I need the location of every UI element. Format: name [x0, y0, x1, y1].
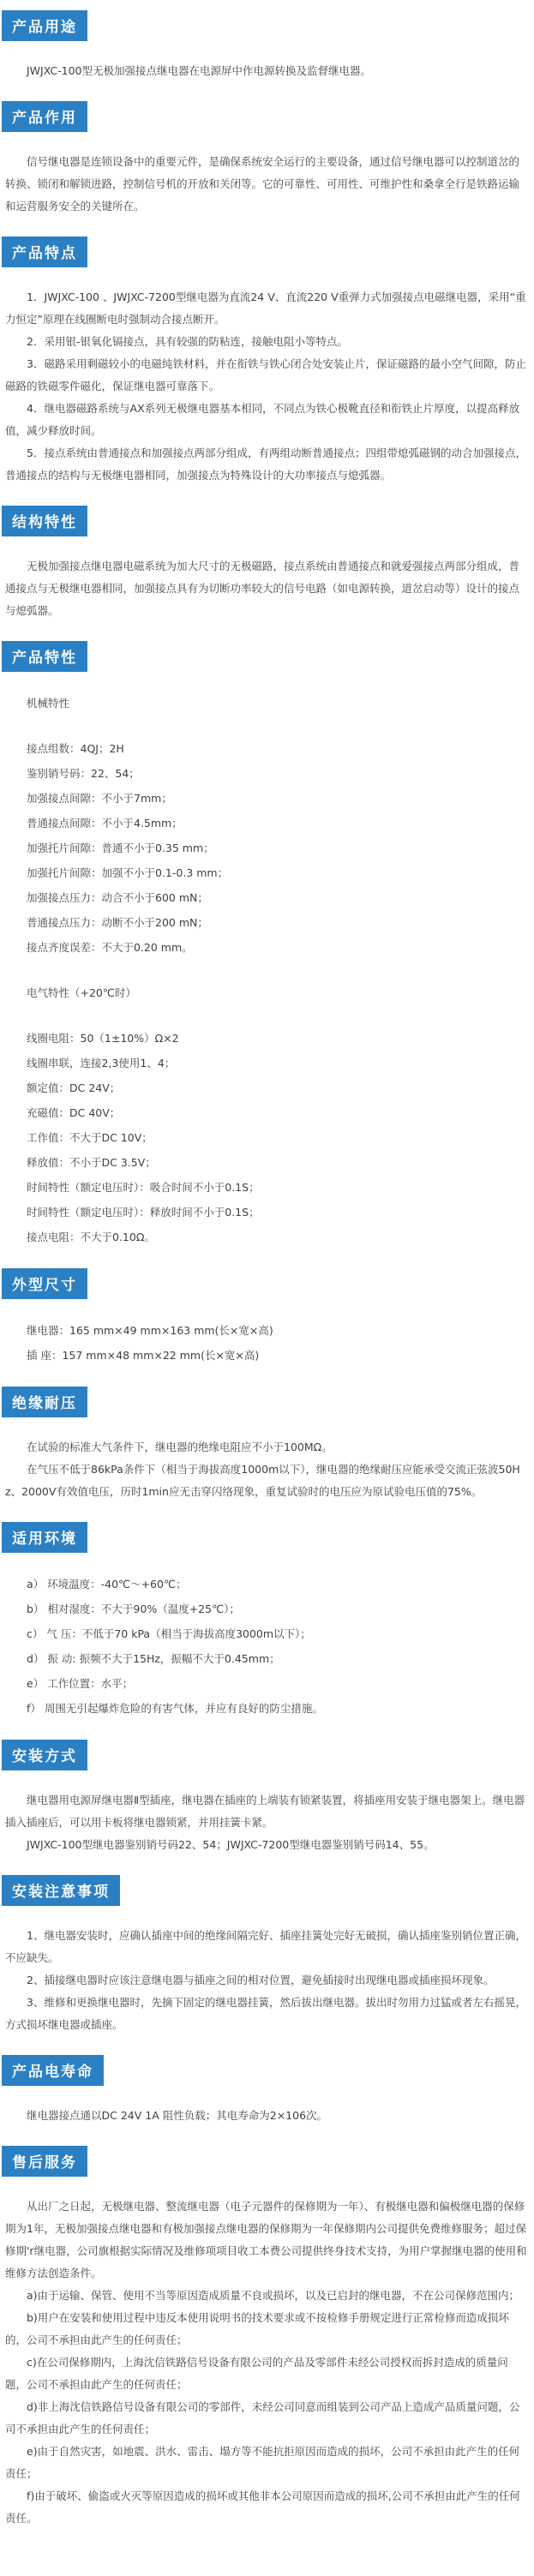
paragraph: 无极加强接点继电器电磁系统为加大尺寸的无极磁路，接点系统由普通接点和就爱强接点两… — [2, 555, 532, 622]
section-body: 继电器：165 mm×49 mm×163 mm(长×宽×高)插 座：157 mm… — [2, 1318, 532, 1368]
section-dimensions: 外型尺寸继电器：165 mm×49 mm×163 mm(长×宽×高)插 座：15… — [2, 1261, 532, 1368]
paragraph: d） 振 动: 振频不大于15Hz，振幅不大于0.45mm； — [2, 1646, 532, 1671]
section-header: 外型尺寸 — [2, 1268, 87, 1299]
section-header: 安装方式 — [2, 1740, 87, 1770]
paragraph: 继电器用电源屏继电器Ⅱ型插座，继电器在插座的上端装有锁紧装置，将插座用安装于继电… — [2, 1789, 532, 1834]
paragraph: 1、继电器安装时，应确认插座中间的绝缘间隔完好、插座挂簧处完好无破损，确认插座鉴… — [2, 1925, 532, 1969]
paragraph: 鉴别销号码：22、54； — [2, 761, 532, 786]
paragraph: f） 周围无引起爆炸危险的有害气体，并应有良好的防尘措施。 — [2, 1696, 532, 1721]
section-header: 适用环境 — [2, 1522, 87, 1553]
section-header: 安装注意事项 — [2, 1875, 120, 1906]
section-product-features: 产品特点1．JWJXC-100 、JWJXC-7200型继电器为直流24 V、直… — [2, 230, 532, 487]
section-body: 从出厂之日起，无极继电器、整流继电器（电子元器件的保修期为一年）、有极继电器和偏… — [2, 2196, 532, 2530]
paragraph: 接点组数：4QJ；2H — [2, 736, 532, 761]
paragraph: 额定值：DC 24V； — [2, 1075, 532, 1100]
paragraph: c） 气 压：不低于70 kPa（相当于海拔高度3000m以下）； — [2, 1621, 532, 1646]
paragraph: f)由于破坏、偷盗或火灭等原因造成的损坏或其他非本公司原因而造成的损坏,公司不承… — [2, 2485, 532, 2530]
section-body: 无极加强接点继电器电磁系统为加大尺寸的无极磁路，接点系统由普通接点和就爱强接点两… — [2, 555, 532, 622]
paragraph: 1．JWJXC-100 、JWJXC-7200型继电器为直流24 V、直流220… — [2, 286, 532, 331]
section-header: 产品特点 — [2, 237, 87, 267]
paragraph: 释放值：不小于DC 3.5V； — [2, 1150, 532, 1175]
section-after-sales-service: 售后服务从出厂之日起，无极继电器、整流继电器（电子元器件的保修期为一年）、有极继… — [2, 2139, 532, 2530]
section-header: 产品特性 — [2, 641, 87, 672]
section-electrical-life: 产品电寿命继电器接点通以DC 24V 1A 阻性负载；其电寿命为2×106次。 — [2, 2048, 532, 2127]
paragraph: 2、插接继电器时应该注意继电器与插座之间的相对位置，避免插接时出现继电器或插座损… — [2, 1969, 532, 1992]
paragraph: 工作值：不大于DC 10V； — [2, 1125, 532, 1150]
paragraph: 机械特性 — [2, 691, 532, 716]
paragraph: JWJXC-100型继电器鉴别销号码22、54；JWJXC-7200型继电器鉴别… — [2, 1834, 532, 1856]
paragraph: 3、维修和更换继电器时，先摘下固定的继电器挂簧，然后拔出继电器。拔出时勿用力过猛… — [2, 1992, 532, 2036]
paragraph: 线圈串联，连接2,3使用1、4； — [2, 1051, 532, 1075]
paragraph: 4．继电器磁路系统与AX系列无极继电器基本相同，不同点为铁心极靴直径和衔铁止片厚… — [2, 398, 532, 442]
paragraph: 继电器：165 mm×49 mm×163 mm(长×宽×高) — [2, 1318, 532, 1343]
section-header: 产品作用 — [2, 101, 87, 132]
paragraph: b） 相对湿度：不大于90%（温度+25℃）； — [2, 1597, 532, 1621]
paragraph: 加强接点间隙：不小于7mm； — [2, 786, 532, 811]
paragraph: JWJXC-100型无极加强接点继电器在电源屏中作电源转换及监督继电器。 — [2, 60, 532, 82]
paragraph: e)由于自然灾害，如地震、洪水、雷击、塌方等不能抗拒原因而造成的损坏，公司不承担… — [2, 2441, 532, 2485]
section-product-characteristics: 产品特性机械特性接点组数：4QJ；2H鉴别销号码：22、54；加强接点间隙：不小… — [2, 634, 532, 1249]
paragraph: 在试验的标准大气条件下，继电器的绝缘电阻应不小于100MΩ。 — [2, 1436, 532, 1459]
section-body: JWJXC-100型无极加强接点继电器在电源屏中作电源转换及监督继电器。 — [2, 60, 532, 82]
section-body: 信号继电器是连锁设备中的重要元件，是确保系统安全运行的主要设备，通过信号继电器可… — [2, 151, 532, 218]
section-header: 售后服务 — [2, 2146, 87, 2177]
section-installation-method: 安装方式继电器用电源屏继电器Ⅱ型插座，继电器在插座的上端装有锁紧装置，将插座用安… — [2, 1733, 532, 1856]
document: 产品用途JWJXC-100型无极加强接点继电器在电源屏中作电源转换及监督继电器。… — [0, 0, 534, 2576]
paragraph: 5．接点系统由普通接点和加强接点两部分组成，有两组动断普通接点；四组带熄弧磁钢的… — [2, 442, 532, 487]
paragraph: e） 工作位置：水平； — [2, 1671, 532, 1696]
section-body: 继电器接点通以DC 24V 1A 阻性负载；其电寿命为2×106次。 — [2, 2105, 532, 2127]
paragraph: 加强托片间隙：普通不小于0.35 mm； — [2, 836, 532, 860]
section-body: 机械特性接点组数：4QJ；2H鉴别销号码：22、54；加强接点间隙：不小于7mm… — [2, 691, 532, 1249]
paragraph: 充磁值：DC 40V； — [2, 1100, 532, 1125]
paragraph: 普通接点间隙：不小于4.5mm； — [2, 811, 532, 836]
section-structure-characteristics: 结构特性无极加强接点继电器电磁系统为加大尺寸的无极磁路，接点系统由普通接点和就爱… — [2, 499, 532, 622]
section-header: 产品电寿命 — [2, 2055, 104, 2086]
paragraph: 电气特性（+20℃时） — [2, 980, 532, 1005]
section-header: 绝缘耐压 — [2, 1387, 87, 1417]
section-body: 1．JWJXC-100 、JWJXC-7200型继电器为直流24 V、直流220… — [2, 286, 532, 487]
paragraph: 时间特性（额定电压时）：吸合时间不小于0.1S； — [2, 1175, 532, 1200]
paragraph: 从出厂之日起，无极继电器、整流继电器（电子元器件的保修期为一年）、有极继电器和偏… — [2, 2196, 532, 2285]
paragraph: 2．采用银-银氧化镉接点，具有较强的防粘连，接触电阻小等特点。 — [2, 331, 532, 353]
paragraph: 接点电阻：不大于0.10Ω。 — [2, 1225, 532, 1249]
paragraph: 3．磁路采用剩磁较小的电磁纯铁材料，并在衔铁与铁心闭合处安装止片，保证磁路的最小… — [2, 353, 532, 398]
paragraph: c)在公司保修期内，上海沈信铁路信号设备有限公司的产品及零部件未经公司授权而拆封… — [2, 2351, 532, 2396]
section-installation-notes: 安装注意事项1、继电器安装时，应确认插座中间的绝缘间隔完好、插座挂簧处完好无破损… — [2, 1868, 532, 2036]
paragraph: a） 环境温度：-40℃～+60℃； — [2, 1572, 532, 1597]
paragraph: 加强托片间隙：加强不小于0.1-0.3 mm； — [2, 860, 532, 885]
paragraph: 在气压不低于86kPa条件下（相当于海拔高度1000m以下），继电器的绝缘耐压应… — [2, 1459, 532, 1503]
paragraph: d)非上海沈信铁路信号设备有限公司的零部件，未经公司同意而组装到公司产品上造成产… — [2, 2396, 532, 2441]
section-insulation-withstand-voltage: 绝缘耐压在试验的标准大气条件下，继电器的绝缘电阻应不小于100MΩ。在气压不低于… — [2, 1380, 532, 1503]
paragraph: b)用户在安装和使用过程中违反本使用说明书的技术要求或不按检修手册规定进行正常检… — [2, 2307, 532, 2351]
paragraph: 信号继电器是连锁设备中的重要元件，是确保系统安全运行的主要设备，通过信号继电器可… — [2, 151, 532, 218]
section-body: a） 环境温度：-40℃～+60℃；b） 相对湿度：不大于90%（温度+25℃）… — [2, 1572, 532, 1721]
paragraph: 加强接点压力：动合不小于600 mN； — [2, 885, 532, 910]
section-product-use: 产品用途JWJXC-100型无极加强接点继电器在电源屏中作电源转换及监督继电器。 — [2, 3, 532, 82]
section-header: 结构特性 — [2, 506, 87, 536]
section-product-function: 产品作用信号继电器是连锁设备中的重要元件，是确保系统安全运行的主要设备，通过信号… — [2, 94, 532, 218]
section-body: 在试验的标准大气条件下，继电器的绝缘电阻应不小于100MΩ。在气压不低于86kP… — [2, 1436, 532, 1503]
paragraph: 线圈电阻：50（1±10%）Ω×2 — [2, 1026, 532, 1051]
section-body: 1、继电器安装时，应确认插座中间的绝缘间隔完好、插座挂簧处完好无破损，确认插座鉴… — [2, 1925, 532, 2036]
paragraph: a)由于运输、保管、使用不当等原因造成质量不良或损坏，以及已启封的继电器，不在公… — [2, 2285, 532, 2307]
paragraph: 插 座：157 mm×48 mm×22 mm(长×宽×高) — [2, 1343, 532, 1368]
section-operating-environment: 适用环境a） 环境温度：-40℃～+60℃；b） 相对湿度：不大于90%（温度+… — [2, 1515, 532, 1721]
section-header: 产品用途 — [2, 10, 87, 41]
paragraph: 普通接点压力：动断不小于200 mN； — [2, 910, 532, 935]
paragraph: 时间特性（额定电压时）：释放时间不小于0.1S； — [2, 1200, 532, 1225]
paragraph: 接点齐度误差：不大于0.20 mm。 — [2, 935, 532, 960]
paragraph: 继电器接点通以DC 24V 1A 阻性负载；其电寿命为2×106次。 — [2, 2105, 532, 2127]
section-body: 继电器用电源屏继电器Ⅱ型插座，继电器在插座的上端装有锁紧装置，将插座用安装于继电… — [2, 1789, 532, 1856]
